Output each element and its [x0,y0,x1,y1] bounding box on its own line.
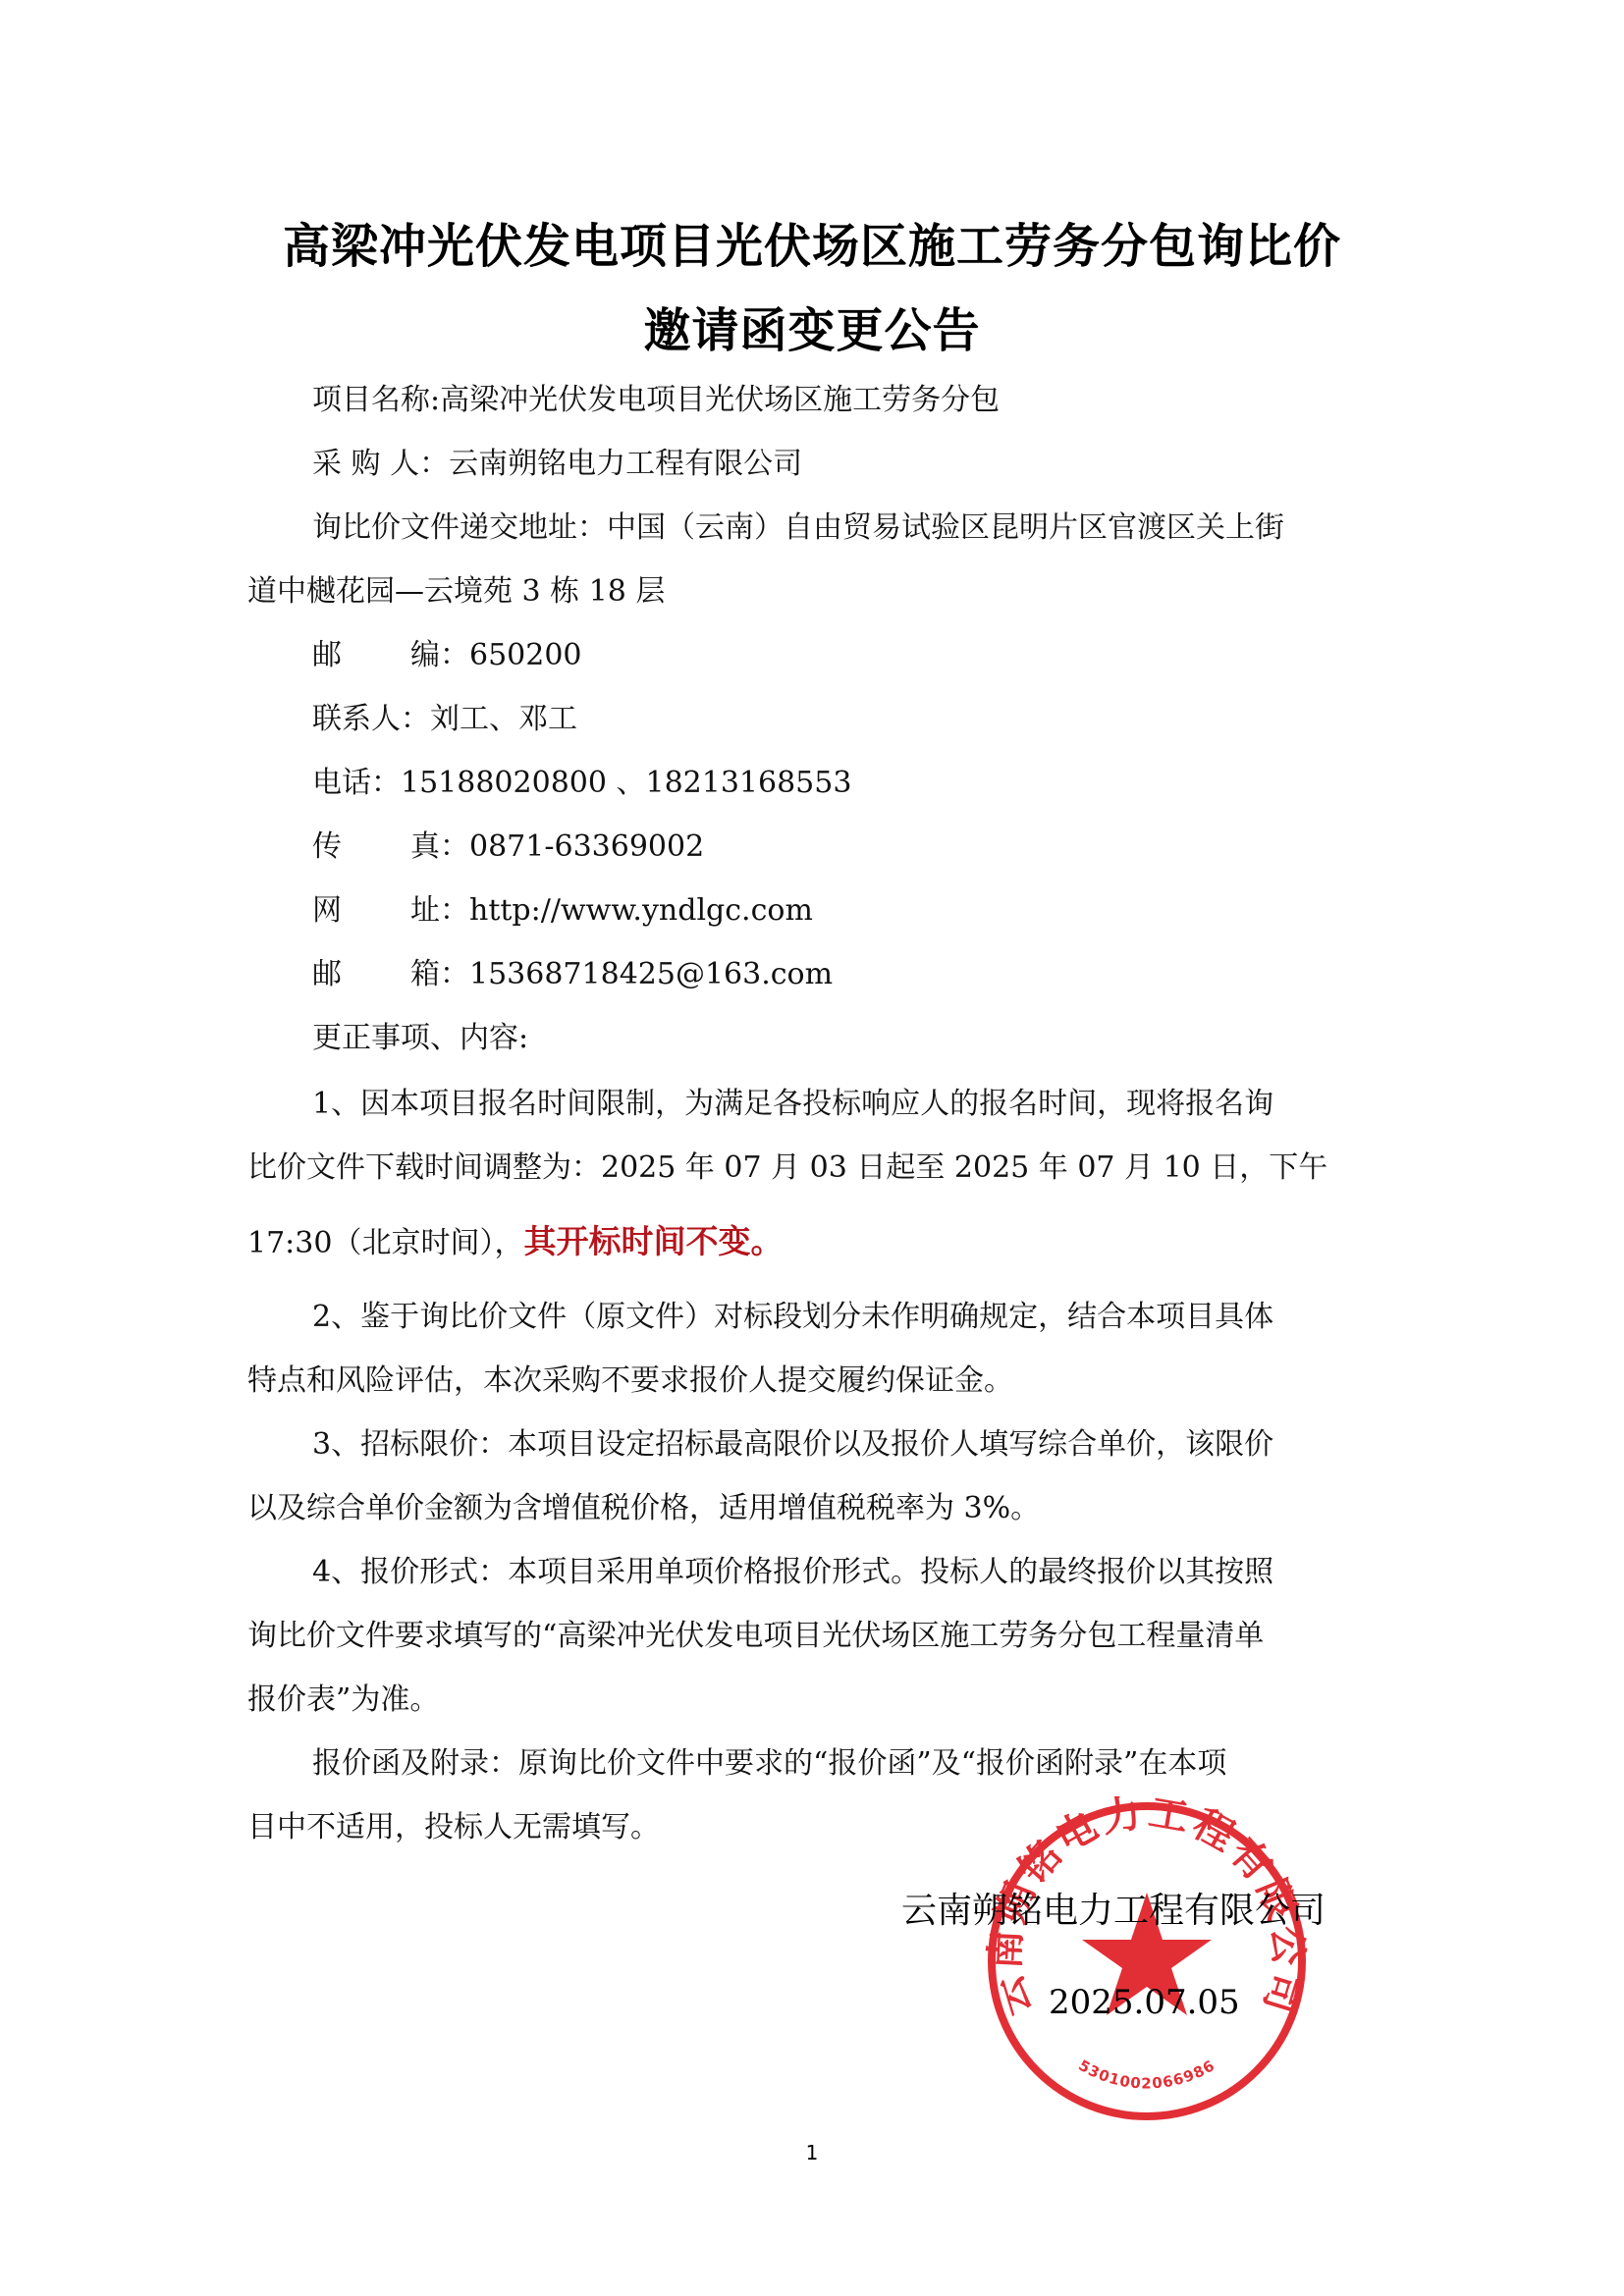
item-5-line-1: 报价函及附录：原询比价文件中要求的“报价函”及“报价函附录”在本项 [312,1744,1226,1784]
postcode-row: 邮编：650200 [312,636,582,675]
item-1-line-2: 比价文件下载时间调整为：2025 年 07 月 03 日起至 2025 年 07… [247,1148,1327,1188]
email-row: 邮箱：15368718425@163.com [312,955,833,994]
svg-text:5301002066986: 5301002066986 [1075,2056,1218,2093]
signature-date: 2025.07.05 [1049,1983,1240,2022]
purchaser-row: 采 购 人：云南朔铭电力工程有限公司 [312,445,802,484]
item-2-line-2: 特点和风险评估，本次采购不要求报价人提交履约保证金。 [247,1362,1013,1401]
purchaser-label: 采 购 人： [312,447,449,481]
item-2-line-1: 2、鉴于询比价文件（原文件）对标段划分未作明确规定，结合本项目具体 [312,1298,1273,1337]
item-4-line-3: 报价表”为准。 [247,1681,439,1720]
item-1-line-3: 17:30（北京时间），其开标时间不变。 [247,1222,783,1263]
postcode-label-b: 编： [410,638,469,672]
item-1-line-1: 1、因本项目报名时间限制，为满足各投标响应人的报名时间，现将报名询 [312,1085,1273,1124]
address-label: 询比价文件递交地址： [312,510,607,545]
email-label-a: 邮 [312,955,410,994]
purchaser-value: 云南朔铭电力工程有限公司 [449,447,802,481]
fax-value: 0871-63369002 [469,829,704,864]
item-3-line-2: 以及综合单价金额为含增值税价格，适用增值税税率为 3%。 [247,1489,1040,1528]
item-3-line-1: 3、招标限价：本项目设定招标最高限价以及报价人填写综合单价，该限价 [312,1425,1273,1465]
emphasis-text: 其开标时间不变。 [523,1222,783,1260]
phone-row: 电话：15188020800 、18213168553 [312,764,851,803]
postcode-label-a: 邮 [312,636,410,675]
page-number: 1 [0,2141,1624,2164]
phone-value: 15188020800 、18213168553 [401,766,851,800]
address-row: 询比价文件递交地址：中国（云南）自由贸易试验区昆明片区官渡区关上街 [312,508,1284,548]
company-seal-stamp: 云南朔铭电力工程有限公司 5301002066986 [982,1796,1312,2126]
address-continuation: 道中樾花园—云境苑 3 栋 18 层 [247,572,665,612]
fax-row: 传真：0871-63369002 [312,828,704,867]
document-page: 高梁冲光伏发电项目光伏场区施工劳务分包询比价 邀请函变更公告 项目名称:高梁冲光… [0,0,1624,2296]
project-name-label: 项目名称: [312,383,440,417]
item-4-line-1: 4、报价形式：本项目采用单项价格报价形式。投标人的最终报价以其按照 [312,1553,1273,1592]
contact-value: 刘工、邓工 [430,702,577,736]
document-title-line-2: 邀请函变更公告 [0,293,1624,360]
website-link[interactable]: http://www.yndlgc.com [469,893,813,928]
fax-label-a: 传 [312,828,410,867]
corrections-heading: 更正事项、内容: [312,1019,528,1058]
item-4-line-2: 询比价文件要求填写的“高梁冲光伏发电项目光伏场区施工劳务分包工程量清单 [247,1617,1264,1656]
project-name-row: 项目名称:高梁冲光伏发电项目光伏场区施工劳务分包 [312,381,1000,420]
item-5-line-2: 目中不适用，投标人无需填写。 [247,1808,660,1847]
item-1-text: 17:30（北京时间）， [247,1226,523,1260]
email-link[interactable]: 15368718425@163.com [469,957,833,991]
website-row: 网址：http://www.yndlgc.com [312,891,813,931]
website-label-a: 网 [312,891,410,931]
fax-label-b: 真： [410,829,469,864]
contact-label: 联系人： [312,702,430,736]
address-value-line-1: 中国（云南）自由贸易试验区昆明片区官渡区关上街 [607,510,1284,545]
website-label-b: 址： [410,893,469,928]
phone-label: 电话： [312,766,401,800]
contact-row: 联系人：刘工、邓工 [312,700,577,739]
project-name-value: 高梁冲光伏发电项目光伏场区施工劳务分包 [440,383,1000,417]
signature-company: 云南朔铭电力工程有限公司 [901,1883,1326,1933]
postcode-value: 650200 [469,638,582,672]
document-title-line-1: 高梁冲光伏发电项目光伏场区施工劳务分包询比价 [0,208,1624,276]
email-label-b: 箱： [410,957,469,991]
